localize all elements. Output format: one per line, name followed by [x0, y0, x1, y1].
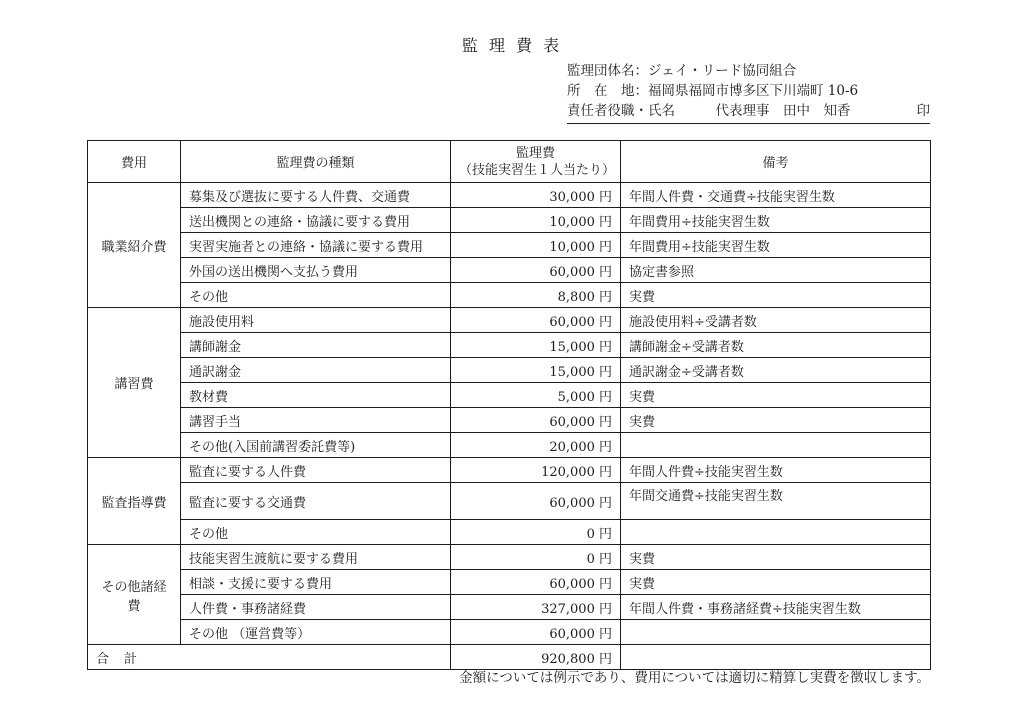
amount-cell: 60,000 円 [451, 483, 621, 520]
category-cell: その他諸経費 [88, 545, 181, 645]
note-cell: 実費 [621, 383, 931, 408]
amount-cell: 0 円 [451, 545, 621, 570]
fee-type-cell: その他 [181, 283, 451, 308]
table-row: 監査指導費 監査に要する人件費 120,000 円 年間人件費÷技能実習生数 [88, 458, 931, 483]
table-row: その他 8,800 円 実費 [88, 283, 931, 308]
amount-cell: 10,000 円 [451, 208, 621, 233]
fee-type-cell: 施設使用料 [181, 308, 451, 333]
note-cell [621, 520, 931, 545]
total-label-cell: 合 計 [88, 645, 451, 670]
note-cell: 年間人件費・交通費÷技能実習生数 [621, 183, 931, 208]
note-cell: 年間人件費÷技能実習生数 [621, 458, 931, 483]
note-cell: 施設使用料÷受講者数 [621, 308, 931, 333]
fee-type-cell: 講師謝金 [181, 333, 451, 358]
amount-cell: 60,000 円 [451, 570, 621, 595]
col-header-expense: 費用 [88, 141, 181, 183]
table-row: 外国の送出機関へ支払う費用 60,000 円 協定書参照 [88, 258, 931, 283]
amount-cell: 327,000 円 [451, 595, 621, 620]
table-row: その他 （運営費等） 60,000 円 [88, 620, 931, 645]
amount-cell: 60,000 円 [451, 308, 621, 333]
document-sheet: 監 理 費 表 監理団体名：ジェイ・リード協同組合 所 在 地：福岡県福岡市博多… [0, 0, 1024, 724]
note-cell: 実費 [621, 283, 931, 308]
table-row: その他諸経費 技能実習生渡航に要する費用 0 円 実費 [88, 545, 931, 570]
note-cell: 協定書参照 [621, 258, 931, 283]
header-info-block: 監理団体名：ジェイ・リード協同組合 所 在 地：福岡県福岡市博多区下川端町 10… [567, 61, 930, 124]
table-row: その他 0 円 [88, 520, 931, 545]
category-cell: 監査指導費 [88, 458, 181, 545]
table-row: その他(入国前講習委託費等) 20,000 円 [88, 433, 931, 458]
col-header-remarks: 備考 [621, 141, 931, 183]
fee-type-cell: 技能実習生渡航に要する費用 [181, 545, 451, 570]
note-cell: 年間費用÷技能実習生数 [621, 208, 931, 233]
col-header-type: 監理費の種類 [181, 141, 451, 183]
note-cell: 年間人件費・事務諸経費÷技能実習生数 [621, 595, 931, 620]
fee-table-header: 費用 監理費の種類 監理費 （技能実習生１人当たり） 備考 [88, 141, 931, 183]
amount-cell: 15,000 円 [451, 333, 621, 358]
amount-cell: 5,000 円 [451, 383, 621, 408]
amount-cell: 0 円 [451, 520, 621, 545]
amount-cell: 120,000 円 [451, 458, 621, 483]
fee-type-cell: その他(入国前講習委託費等) [181, 433, 451, 458]
table-row: 講習手当 60,000 円 実費 [88, 408, 931, 433]
amount-cell: 8,800 円 [451, 283, 621, 308]
col-header-fee: 監理費 （技能実習生１人当たり） [451, 141, 621, 183]
table-row: 講師謝金 15,000 円 講師謝金÷受講者数 [88, 333, 931, 358]
note-cell: 年間交通費÷技能実習生数 [621, 483, 931, 520]
table-row: 送出機関との連絡・協議に要する費用 10,000 円 年間費用÷技能実習生数 [88, 208, 931, 233]
fee-table: 費用 監理費の種類 監理費 （技能実習生１人当たり） 備考 職業紹介費 募集及び… [87, 140, 931, 670]
representative-text: 責任者役職・氏名 代表理事 田中 知香 [567, 101, 851, 121]
table-row: 通訳謝金 15,000 円 通訳謝金÷受講者数 [88, 358, 931, 383]
fee-type-cell: 通訳謝金 [181, 358, 451, 383]
fee-type-cell: 外国の送出機関へ支払う費用 [181, 258, 451, 283]
fee-type-cell: 人件費・事務諸経費 [181, 595, 451, 620]
fee-type-cell: 監査に要する交通費 [181, 483, 451, 520]
table-row: 監査に要する交通費 60,000 円 年間交通費÷技能実習生数 [88, 483, 931, 520]
table-row: 教材費 5,000 円 実費 [88, 383, 931, 408]
category-cell: 職業紹介費 [88, 183, 181, 308]
page-title: 監 理 費 表 [0, 33, 1024, 56]
note-cell: 年間費用÷技能実習生数 [621, 233, 931, 258]
fee-table-body: 職業紹介費 募集及び選抜に要する人件費、交通費 30,000 円 年間人件費・交… [88, 183, 931, 670]
amount-cell: 60,000 円 [451, 258, 621, 283]
fee-type-cell: 募集及び選抜に要する人件費、交通費 [181, 183, 451, 208]
fee-type-cell: 実習実施者との連絡・協議に要する費用 [181, 233, 451, 258]
note-cell: 講師謝金÷受講者数 [621, 333, 931, 358]
table-row: 実習実施者との連絡・協議に要する費用 10,000 円 年間費用÷技能実習生数 [88, 233, 931, 258]
note-cell [621, 620, 931, 645]
amount-cell: 20,000 円 [451, 433, 621, 458]
note-cell: 実費 [621, 570, 931, 595]
table-row: 人件費・事務諸経費 327,000 円 年間人件費・事務諸経費÷技能実習生数 [88, 595, 931, 620]
table-row: 相談・支援に要する費用 60,000 円 実費 [88, 570, 931, 595]
footer-note: 金額については例示であり、費用については適切に精算し実費を徴収します。 [459, 666, 930, 686]
category-cell: 講習費 [88, 308, 181, 458]
header-row: 費用 監理費の種類 監理費 （技能実習生１人当たり） 備考 [88, 141, 931, 183]
fee-type-cell: その他 （運営費等） [181, 620, 451, 645]
representative-line: 責任者役職・氏名 代表理事 田中 知香 印 [567, 101, 930, 124]
fee-type-cell: 監査に要する人件費 [181, 458, 451, 483]
fee-type-cell: 教材費 [181, 383, 451, 408]
address-line: 所 在 地：福岡県福岡市博多区下川端町 10-6 [567, 81, 930, 101]
amount-cell: 30,000 円 [451, 183, 621, 208]
org-name-line: 監理団体名：ジェイ・リード協同組合 [567, 61, 930, 81]
note-cell [621, 433, 931, 458]
note-cell: 実費 [621, 408, 931, 433]
fee-type-cell: 講習手当 [181, 408, 451, 433]
fee-type-cell: 相談・支援に要する費用 [181, 570, 451, 595]
note-cell: 通訳謝金÷受講者数 [621, 358, 931, 383]
amount-cell: 60,000 円 [451, 408, 621, 433]
note-cell: 実費 [621, 545, 931, 570]
table-row: 職業紹介費 募集及び選抜に要する人件費、交通費 30,000 円 年間人件費・交… [88, 183, 931, 208]
fee-type-cell: 送出機関との連絡・協議に要する費用 [181, 208, 451, 233]
amount-cell: 60,000 円 [451, 620, 621, 645]
table-row: 講習費 施設使用料 60,000 円 施設使用料÷受講者数 [88, 308, 931, 333]
seal-label: 印 [917, 101, 931, 121]
col-header-fee-line2: （技能実習生１人当たり） [459, 162, 612, 179]
amount-cell: 10,000 円 [451, 233, 621, 258]
fee-type-cell: その他 [181, 520, 451, 545]
amount-cell: 15,000 円 [451, 358, 621, 383]
col-header-fee-line1: 監理費 [459, 145, 612, 162]
